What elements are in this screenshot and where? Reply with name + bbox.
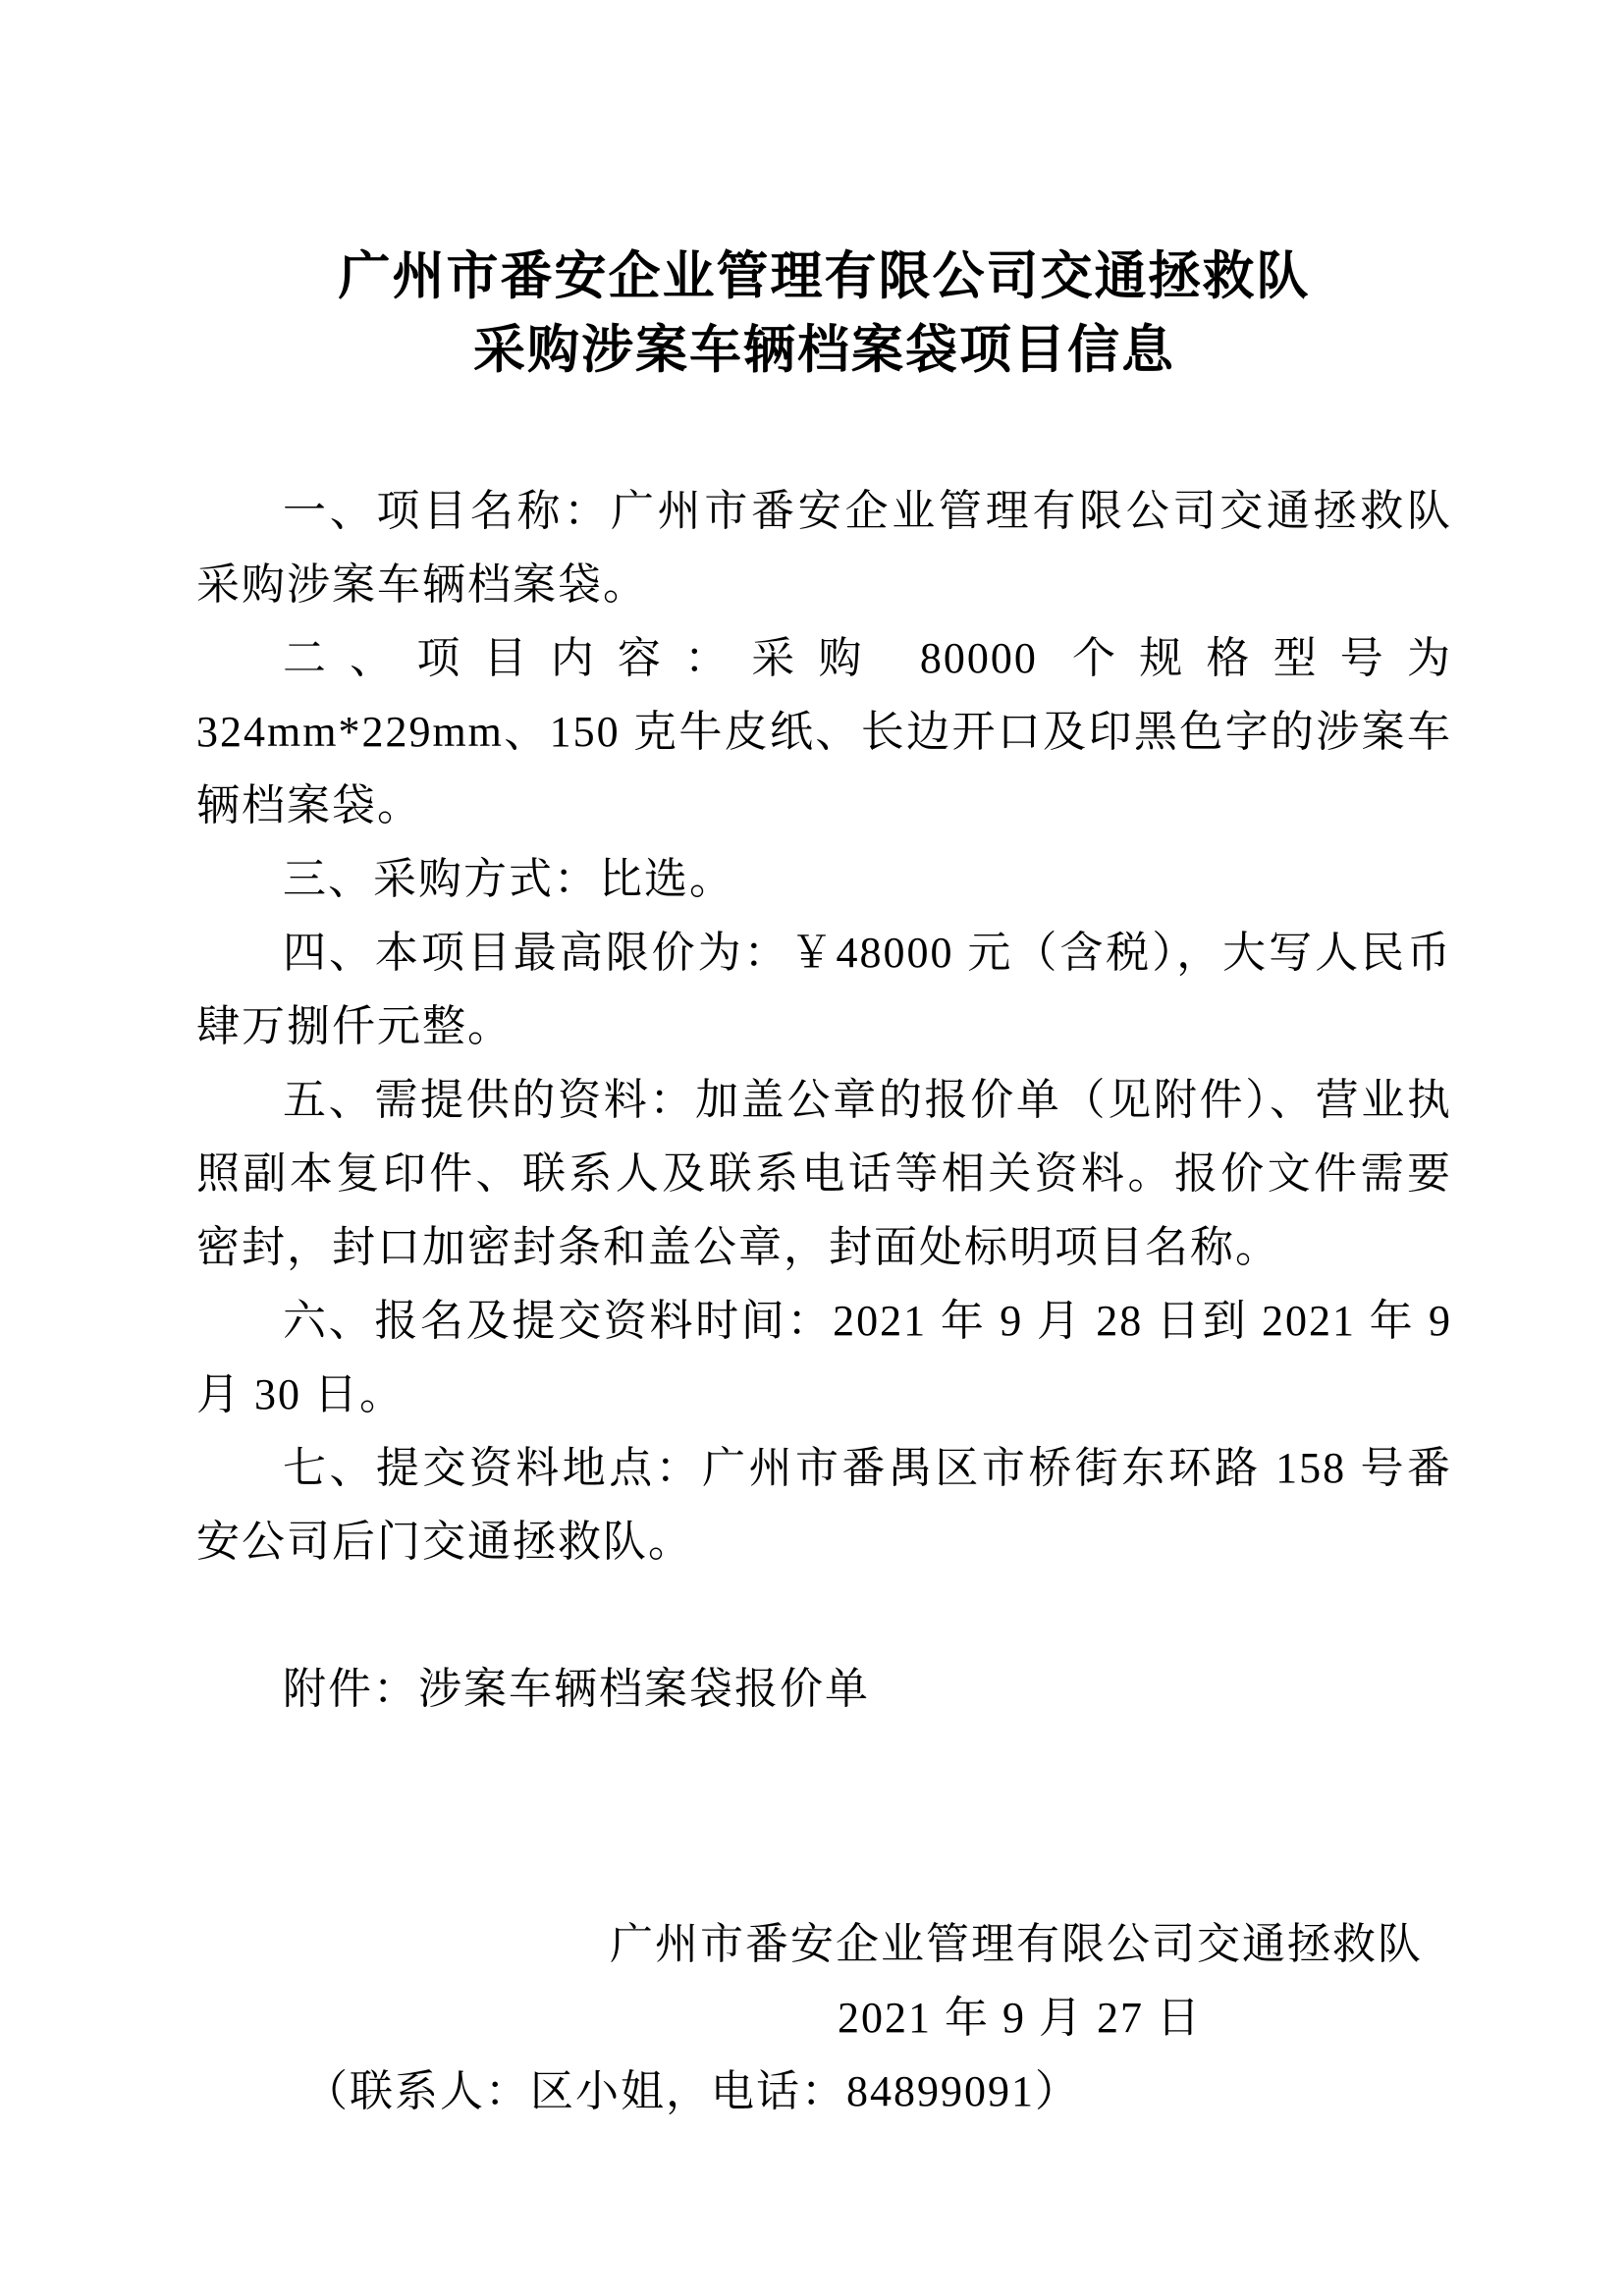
document-title: 广州市番安企业管理有限公司交通拯救队 采购涉案车辆档案袋项目信息: [196, 240, 1452, 388]
paragraph-required-materials: 五、需提供的资料：加盖公章的报价单（见附件）、营业执照副本复印件、联系人及联系电…: [196, 1063, 1452, 1284]
title-line-2: 采购涉案车辆档案袋项目信息: [196, 314, 1452, 388]
signature-organization: 广州市番安企业管理有限公司交通拯救队: [196, 1907, 1452, 1981]
document-body: 一、项目名称：广州市番安企业管理有限公司交通拯救队采购涉案车辆档案袋。 二、项目…: [196, 474, 1452, 1726]
paragraph-submission-time: 六、报名及提交资料时间：2021 年 9 月 28 日到 2021 年 9 月 …: [196, 1284, 1452, 1431]
title-line-1: 广州市番安企业管理有限公司交通拯救队: [196, 240, 1452, 314]
document-page: 广州市番安企业管理有限公司交通拯救队 采购涉案车辆档案袋项目信息 一、项目名称：…: [0, 0, 1624, 2296]
paragraph-submission-location: 七、提交资料地点：广州市番禺区市桥街东环路 158 号番安公司后门交通拯救队。: [196, 1431, 1452, 1578]
signature-date: 2021 年 9 月 27 日: [196, 1981, 1452, 2055]
signature-contact: （联系人：区小姐，电话：84899091）: [196, 2055, 1452, 2128]
signature-block: 广州市番安企业管理有限公司交通拯救队 2021 年 9 月 27 日 （联系人：…: [196, 1907, 1452, 2128]
paragraph-project-content: 二、项目内容：采购 80000 个规格型号为 324mm*229mm、150 克…: [196, 621, 1452, 842]
paragraph-procurement-method: 三、采购方式：比选。: [196, 842, 1452, 916]
attachment-note: 附件：涉案车辆档案袋报价单: [196, 1652, 1452, 1726]
paragraph-project-name: 一、项目名称：广州市番安企业管理有限公司交通拯救队采购涉案车辆档案袋。: [196, 474, 1452, 621]
paragraph-price-ceiling: 四、本项目最高限价为：￥48000 元（含税），大写人民币肆万捌仟元整。: [196, 916, 1452, 1063]
